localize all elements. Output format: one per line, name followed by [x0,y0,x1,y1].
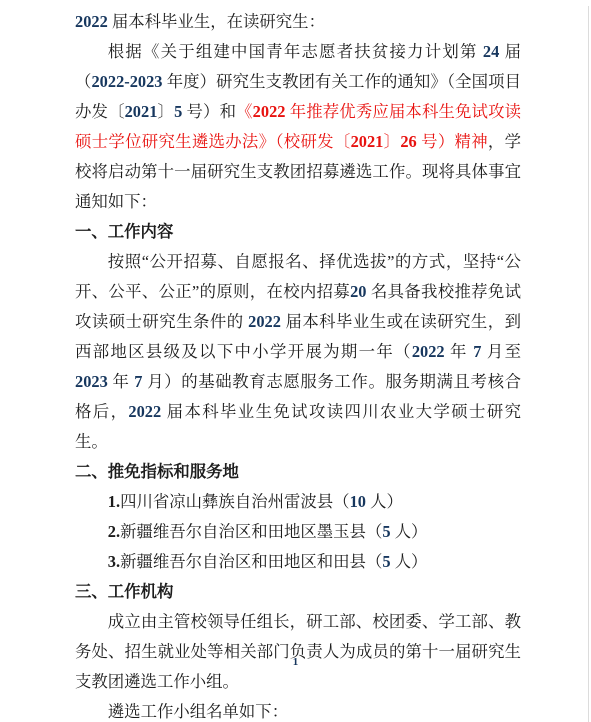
text-segment: 三、工作机构 [75,583,173,601]
text-segment: 新疆维吾尔自治区和田地区和田县（ [120,552,382,571]
text-segment: 5 [382,522,390,541]
text-segment: 20 [350,282,366,301]
text-segment: 2022 [253,102,286,121]
text-segment: 2022 [75,12,108,31]
list-item: 3.新疆维吾尔自治区和田地区和田县（5 人） [75,547,521,577]
text-segment: 号）精神 [417,132,488,151]
text-segment: 2022 [412,342,445,361]
text-segment: 24 [483,42,499,61]
text-segment: 2022 [248,312,281,331]
text-segment: 2021 [351,132,384,151]
text-segment: 〕 [383,132,400,151]
paragraph: 成立由主管校领导任组长，研工部、校团委、学工部、教务处、招生就业处等相关部门负责… [75,607,521,697]
text-segment: 2021 [125,102,158,121]
text-segment: 2023 [75,372,108,391]
text-segment: 年 [108,372,134,391]
paragraph: 2022 届本科毕业生，在读研究生： [75,7,521,37]
text-segment: 四川省凉山彝族自治州雷波县（ [120,492,349,511]
text-segment: 26 [400,132,416,151]
text-segment: 人） [391,552,428,571]
text-segment: 年 [445,342,474,361]
text-segment: 人） [366,492,403,511]
text-segment: 2022-2023 [91,72,162,91]
text-segment: 一、工作内容 [75,223,173,241]
text-segment: 5 [382,552,390,571]
text-segment: 〕 [157,102,174,121]
text-segment: 2022 [128,402,161,421]
text-segment: 3. [108,552,120,571]
text-segment: 二、推免指标和服务地 [75,463,239,481]
text-segment: 10 [350,492,366,511]
page-number: 1 [0,656,591,668]
paragraph: 按照“公开招募、自愿报名、择优选拔”的方式，坚持“公开、公平、公正”的原则，在校… [75,247,521,457]
paragraph: 根据《关于组建中国青年志愿者扶贫接力计划第 24 届（2022-2023 年度）… [75,37,521,217]
text-segment: 2. [108,522,120,541]
section-heading: 二、推免指标和服务地 [75,457,521,487]
text-segment: 新疆维吾尔自治区和田地区墨玉县（ [120,522,382,541]
text-segment: 遴选工作小组名单如下： [108,702,288,721]
text-segment: 届本科毕业生，在读研究生： [108,12,325,31]
section-heading: 三、工作机构 [75,577,521,607]
text-segment: 成立由主管校领导任组长，研工部、校团委、学工部、教务处、招生就业处等相关部门负责… [75,612,521,691]
document-page: 2022 届本科毕业生，在读研究生：根据《关于组建中国青年志愿者扶贫接力计划第 … [0,0,591,722]
list-item: 1.四川省凉山彝族自治州雷波县（10 人） [75,487,521,517]
text-segment: 1. [108,492,120,511]
text-segment: 月至 [481,342,521,361]
page-edge-line [588,6,589,722]
list-item: 2.新疆维吾尔自治区和田地区墨玉县（5 人） [75,517,521,547]
document-body: 2022 届本科毕业生，在读研究生：根据《关于组建中国青年志愿者扶贫接力计划第 … [75,7,521,722]
paragraph: 遴选工作小组名单如下： [75,697,521,722]
text-segment: 《 [236,102,253,121]
section-heading: 一、工作内容 [75,217,521,247]
text-segment: 根据《关于组建中国青年志愿者扶贫接力计划第 [108,42,483,61]
text-segment: 人） [391,522,428,541]
text-segment: 号）和 [182,102,236,121]
